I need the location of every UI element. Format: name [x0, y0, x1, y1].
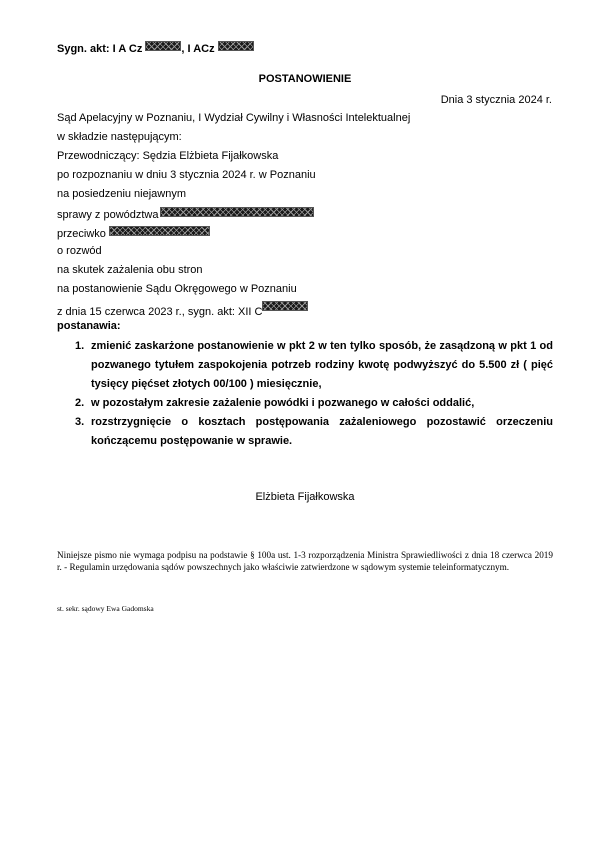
redacted-plaintiff-name [160, 207, 314, 217]
document-page: Sygn. akt: I A Cz , I ACz POSTANOWIENIE … [0, 0, 595, 841]
appeal-basis: na skutek zażalenia obu stron [57, 264, 203, 277]
ruling-number: 2. [75, 394, 84, 413]
redacted-case-number-2 [218, 41, 254, 51]
court-name: Sąd Apelacyjny w Poznaniu, I Wydział Cyw… [57, 112, 410, 125]
judge-signature: Elżbieta Fijałkowska [0, 491, 595, 503]
ruling-item: 1. zmienić zaskarżone postanowienie w pk… [72, 337, 553, 394]
plaintiff-label: sprawy z powództwa [57, 209, 159, 221]
session-type: na posiedzeniu niejawnym [57, 188, 186, 201]
ruling-number: 1. [75, 337, 84, 356]
rulings-list: 1. zmienić zaskarżone postanowienie w pk… [72, 337, 553, 451]
case-ref-prefix: Sygn. akt: I A Cz [57, 43, 145, 55]
defendant-label: przeciwko [57, 228, 106, 240]
court-clerk: st. sekr. sądowy Ewa Gadomska [57, 604, 154, 613]
lower-court: na postanowienie Sądu Okręgowego w Pozna… [57, 283, 297, 296]
redacted-case-number-1 [145, 41, 181, 51]
plaintiff-line: sprawy z powództwa [57, 207, 314, 222]
signature-exemption-notice: Niniejsze pismo nie wymaga podpisu na po… [57, 550, 553, 573]
case-reference: Sygn. akt: I A Cz , I ACz [57, 41, 254, 56]
decides-label: postanawia: [57, 320, 121, 333]
lower-court-ref-text: z dnia 15 czerwca 2023 r., sygn. akt: XI… [57, 306, 262, 318]
case-ref-separator: , I ACz [181, 43, 217, 55]
redacted-lower-court-number [262, 301, 308, 311]
defendant-line: przeciwko [57, 226, 210, 241]
ruling-number: 3. [75, 413, 84, 432]
ruling-text: rozstrzygnięcie o kosztach postępowania … [91, 416, 553, 447]
case-subject: o rozwód [57, 245, 102, 258]
presiding-judge: Przewodniczący: Sędzia Elżbieta Fijałkow… [57, 150, 278, 163]
redacted-defendant-name [109, 226, 210, 236]
ruling-text: zmienić zaskarżone postanowienie w pkt 2… [91, 340, 553, 390]
document-date: Dnia 3 stycznia 2024 r. [441, 94, 552, 106]
document-title: POSTANOWIENIE [0, 73, 595, 85]
ruling-text: w pozostałym zakresie zażalenie powódki … [91, 397, 474, 409]
ruling-item: 2. w pozostałym zakresie zażalenie powód… [72, 394, 553, 413]
hearing-date-place: po rozpoznaniu w dniu 3 stycznia 2024 r.… [57, 169, 316, 182]
ruling-item: 3. rozstrzygnięcie o kosztach postępowan… [72, 413, 553, 451]
lower-court-reference: z dnia 15 czerwca 2023 r., sygn. akt: XI… [57, 301, 308, 319]
composition-label: w składzie następującym: [57, 131, 182, 144]
